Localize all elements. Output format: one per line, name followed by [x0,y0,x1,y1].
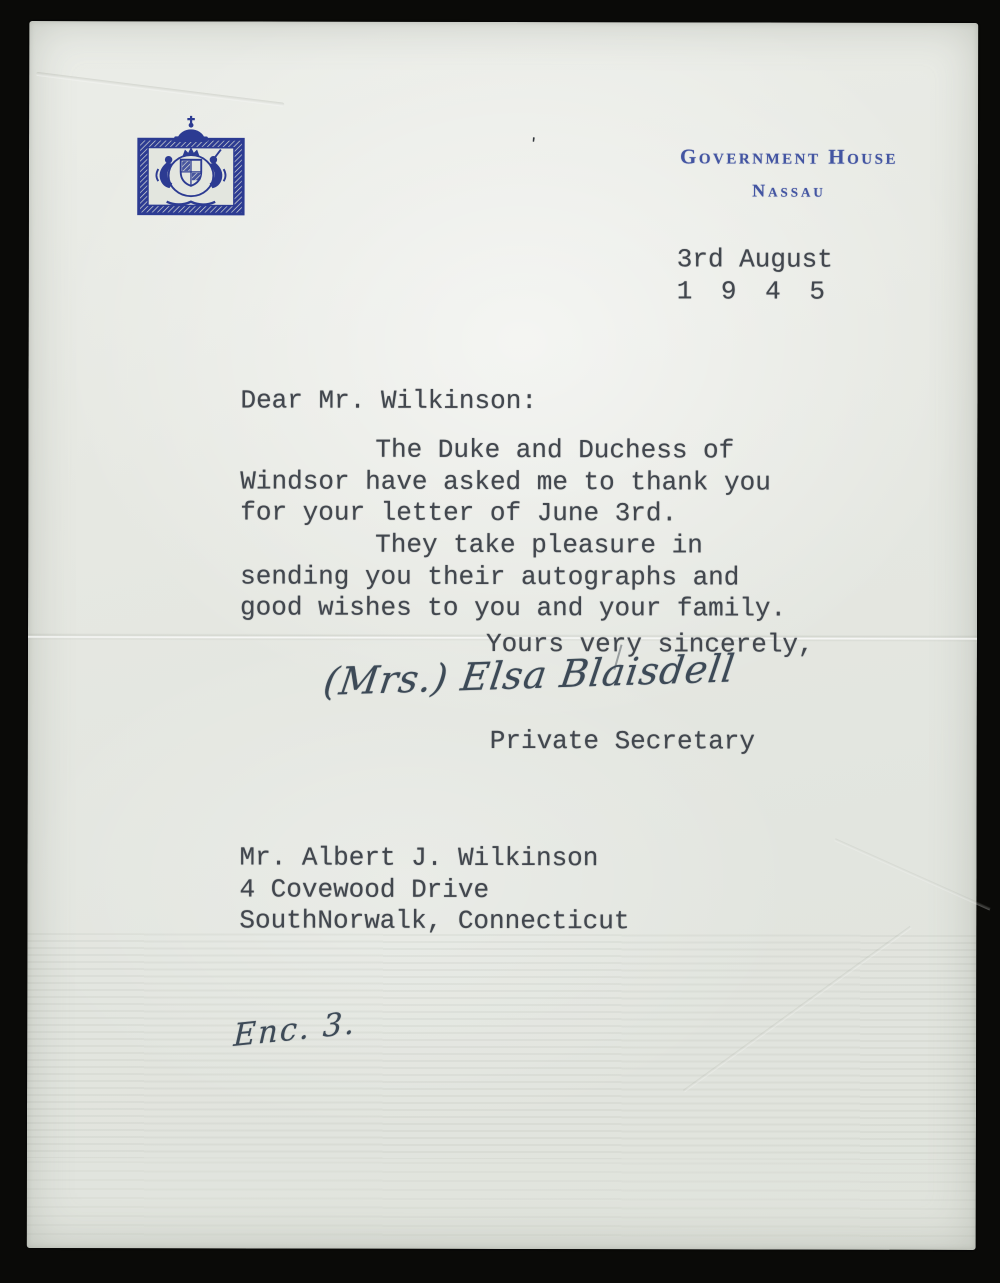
letterhead-location: Nassau [627,180,951,202]
body-paragraph: They take pleasure in sending you their … [240,529,820,625]
date-year: 1 9 4 5 [677,276,833,308]
date-block: 3rd August 1 9 4 5 [677,244,833,307]
body-paragraph: The Duke and Duchess of Windsor have ask… [240,434,820,530]
stray-ink-mark: ' [530,134,536,157]
recipient-address: Mr. Albert J. Wilkinson 4 Covewood Drive… [239,842,629,937]
signature: (Mrs.) Elsa Blaisdell [321,644,797,704]
royal-coat-of-arms-icon [135,111,247,219]
paper-texture-band [27,933,976,1160]
side-crease [834,838,990,910]
paper-texture-band [27,1161,976,1243]
letter-scan: Government House Nassau ' 3rd August 1 9… [27,21,979,1250]
letterhead: Government House Nassau [627,144,951,202]
recipient-street: 4 Covewood Drive [239,874,629,906]
recipient-name: Mr. Albert J. Wilkinson [240,842,630,874]
recipient-city-state: SouthNorwalk, Connecticut [239,905,629,937]
corner-crease [36,72,285,107]
letterhead-organization: Government House [627,144,951,170]
date-day-month: 3rd August [677,244,833,276]
salutation: Dear Mr. Wilkinson: [240,385,537,417]
signer-title: Private Secretary [490,726,755,758]
